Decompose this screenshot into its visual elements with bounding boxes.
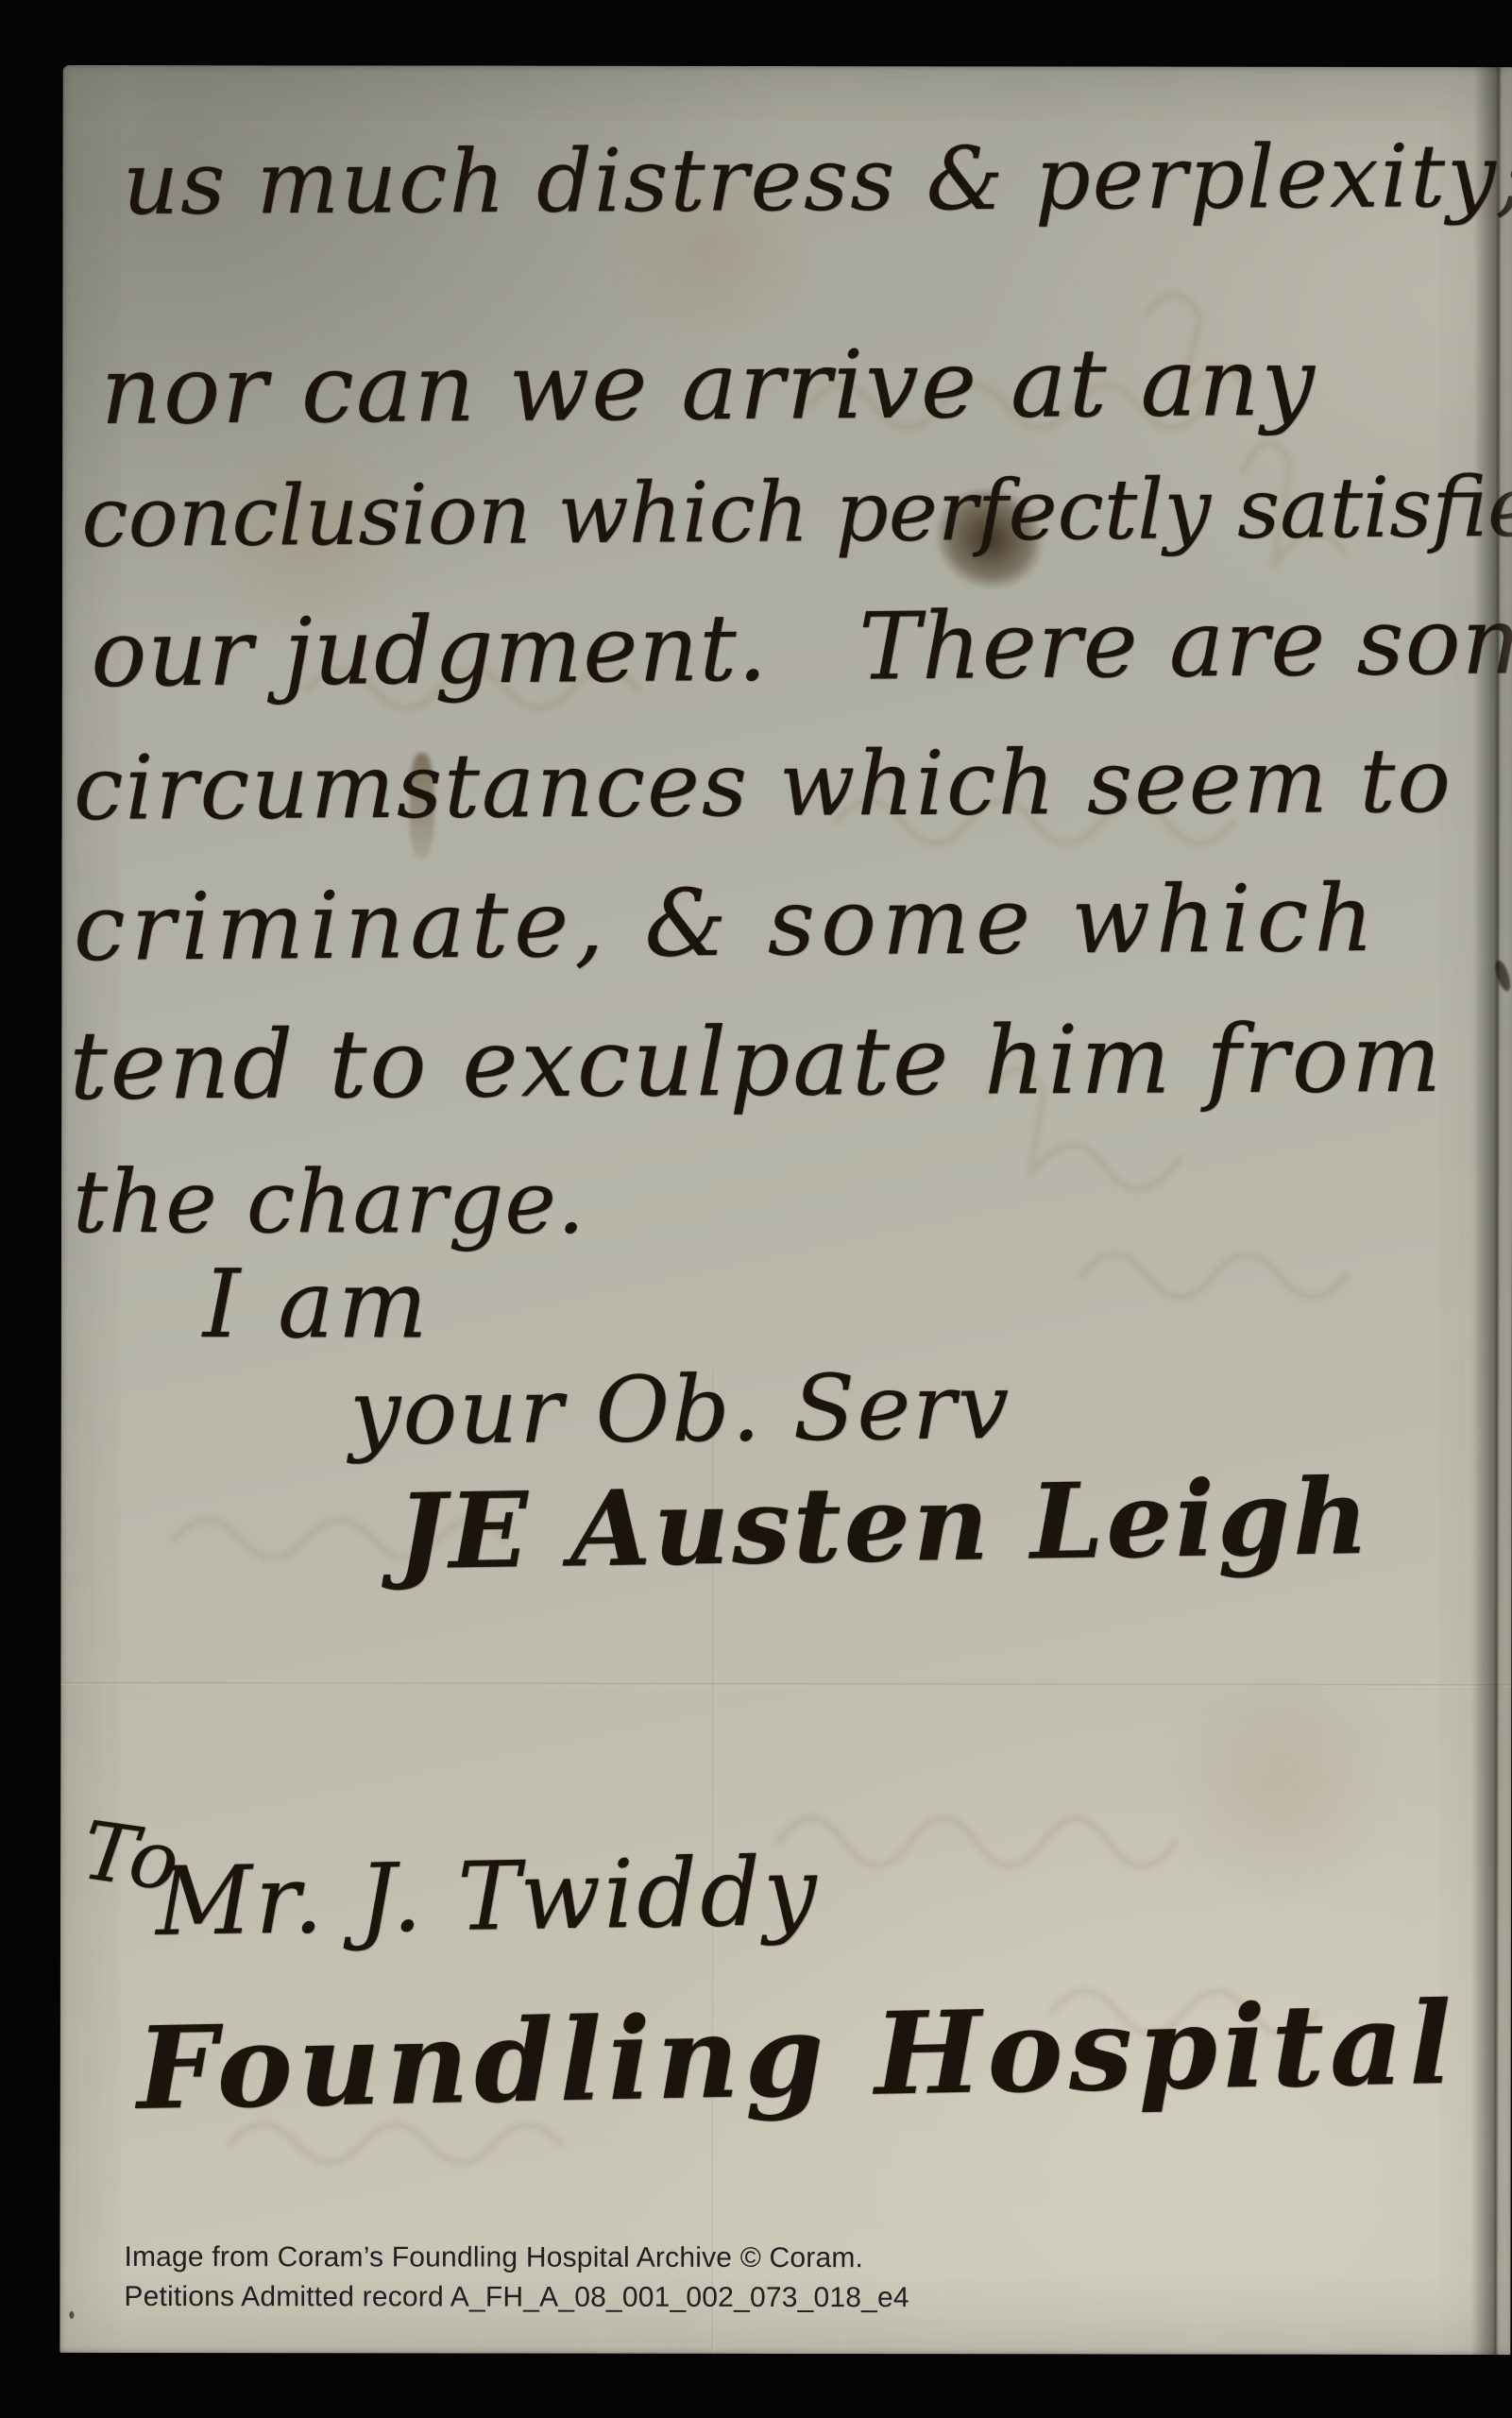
closing-i-am: I am <box>203 1257 432 1352</box>
handwriting-line-4: our judgment. There are some <box>91 594 1512 701</box>
handwriting-line-8: the charge. <box>73 1159 586 1247</box>
letter-page: us much distress & perplexity; nor can w… <box>59 65 1512 2355</box>
signature: JE Austen Leigh <box>397 1465 1372 1585</box>
page-edge-fold <box>1470 67 1512 2355</box>
handwriting-line-6: criminate, & some which <box>73 873 1379 975</box>
caption-stray-dot <box>69 2311 74 2319</box>
addressee-name: Mr. J. Twiddy <box>155 1845 820 1950</box>
handwriting-line-5: circumstances which seem to <box>74 738 1453 834</box>
addressee-institution: Foundling Hospital <box>136 1987 1459 2126</box>
caption-line-1: Image from Coram’s Foundling Hospital Ar… <box>124 2238 909 2278</box>
handwriting-line-3: conclusion which perfectly satisfies <box>81 465 1512 559</box>
caption-line-2: Petitions Admitted record A_FH_A_08_001_… <box>124 2277 909 2318</box>
handwriting-line-2: nor can we arrive at any <box>100 335 1317 438</box>
handwriting-line-1: us much distress & perplexity; <box>123 133 1512 228</box>
scan-background: us much distress & perplexity; nor can w… <box>0 0 1512 2418</box>
closing-your-obedient-servant: your Ob. Serv <box>349 1361 1011 1457</box>
handwriting-line-7: tend to exculpate him from <box>69 1012 1444 1114</box>
archive-caption: Image from Coram’s Foundling Hospital Ar… <box>124 2238 909 2318</box>
